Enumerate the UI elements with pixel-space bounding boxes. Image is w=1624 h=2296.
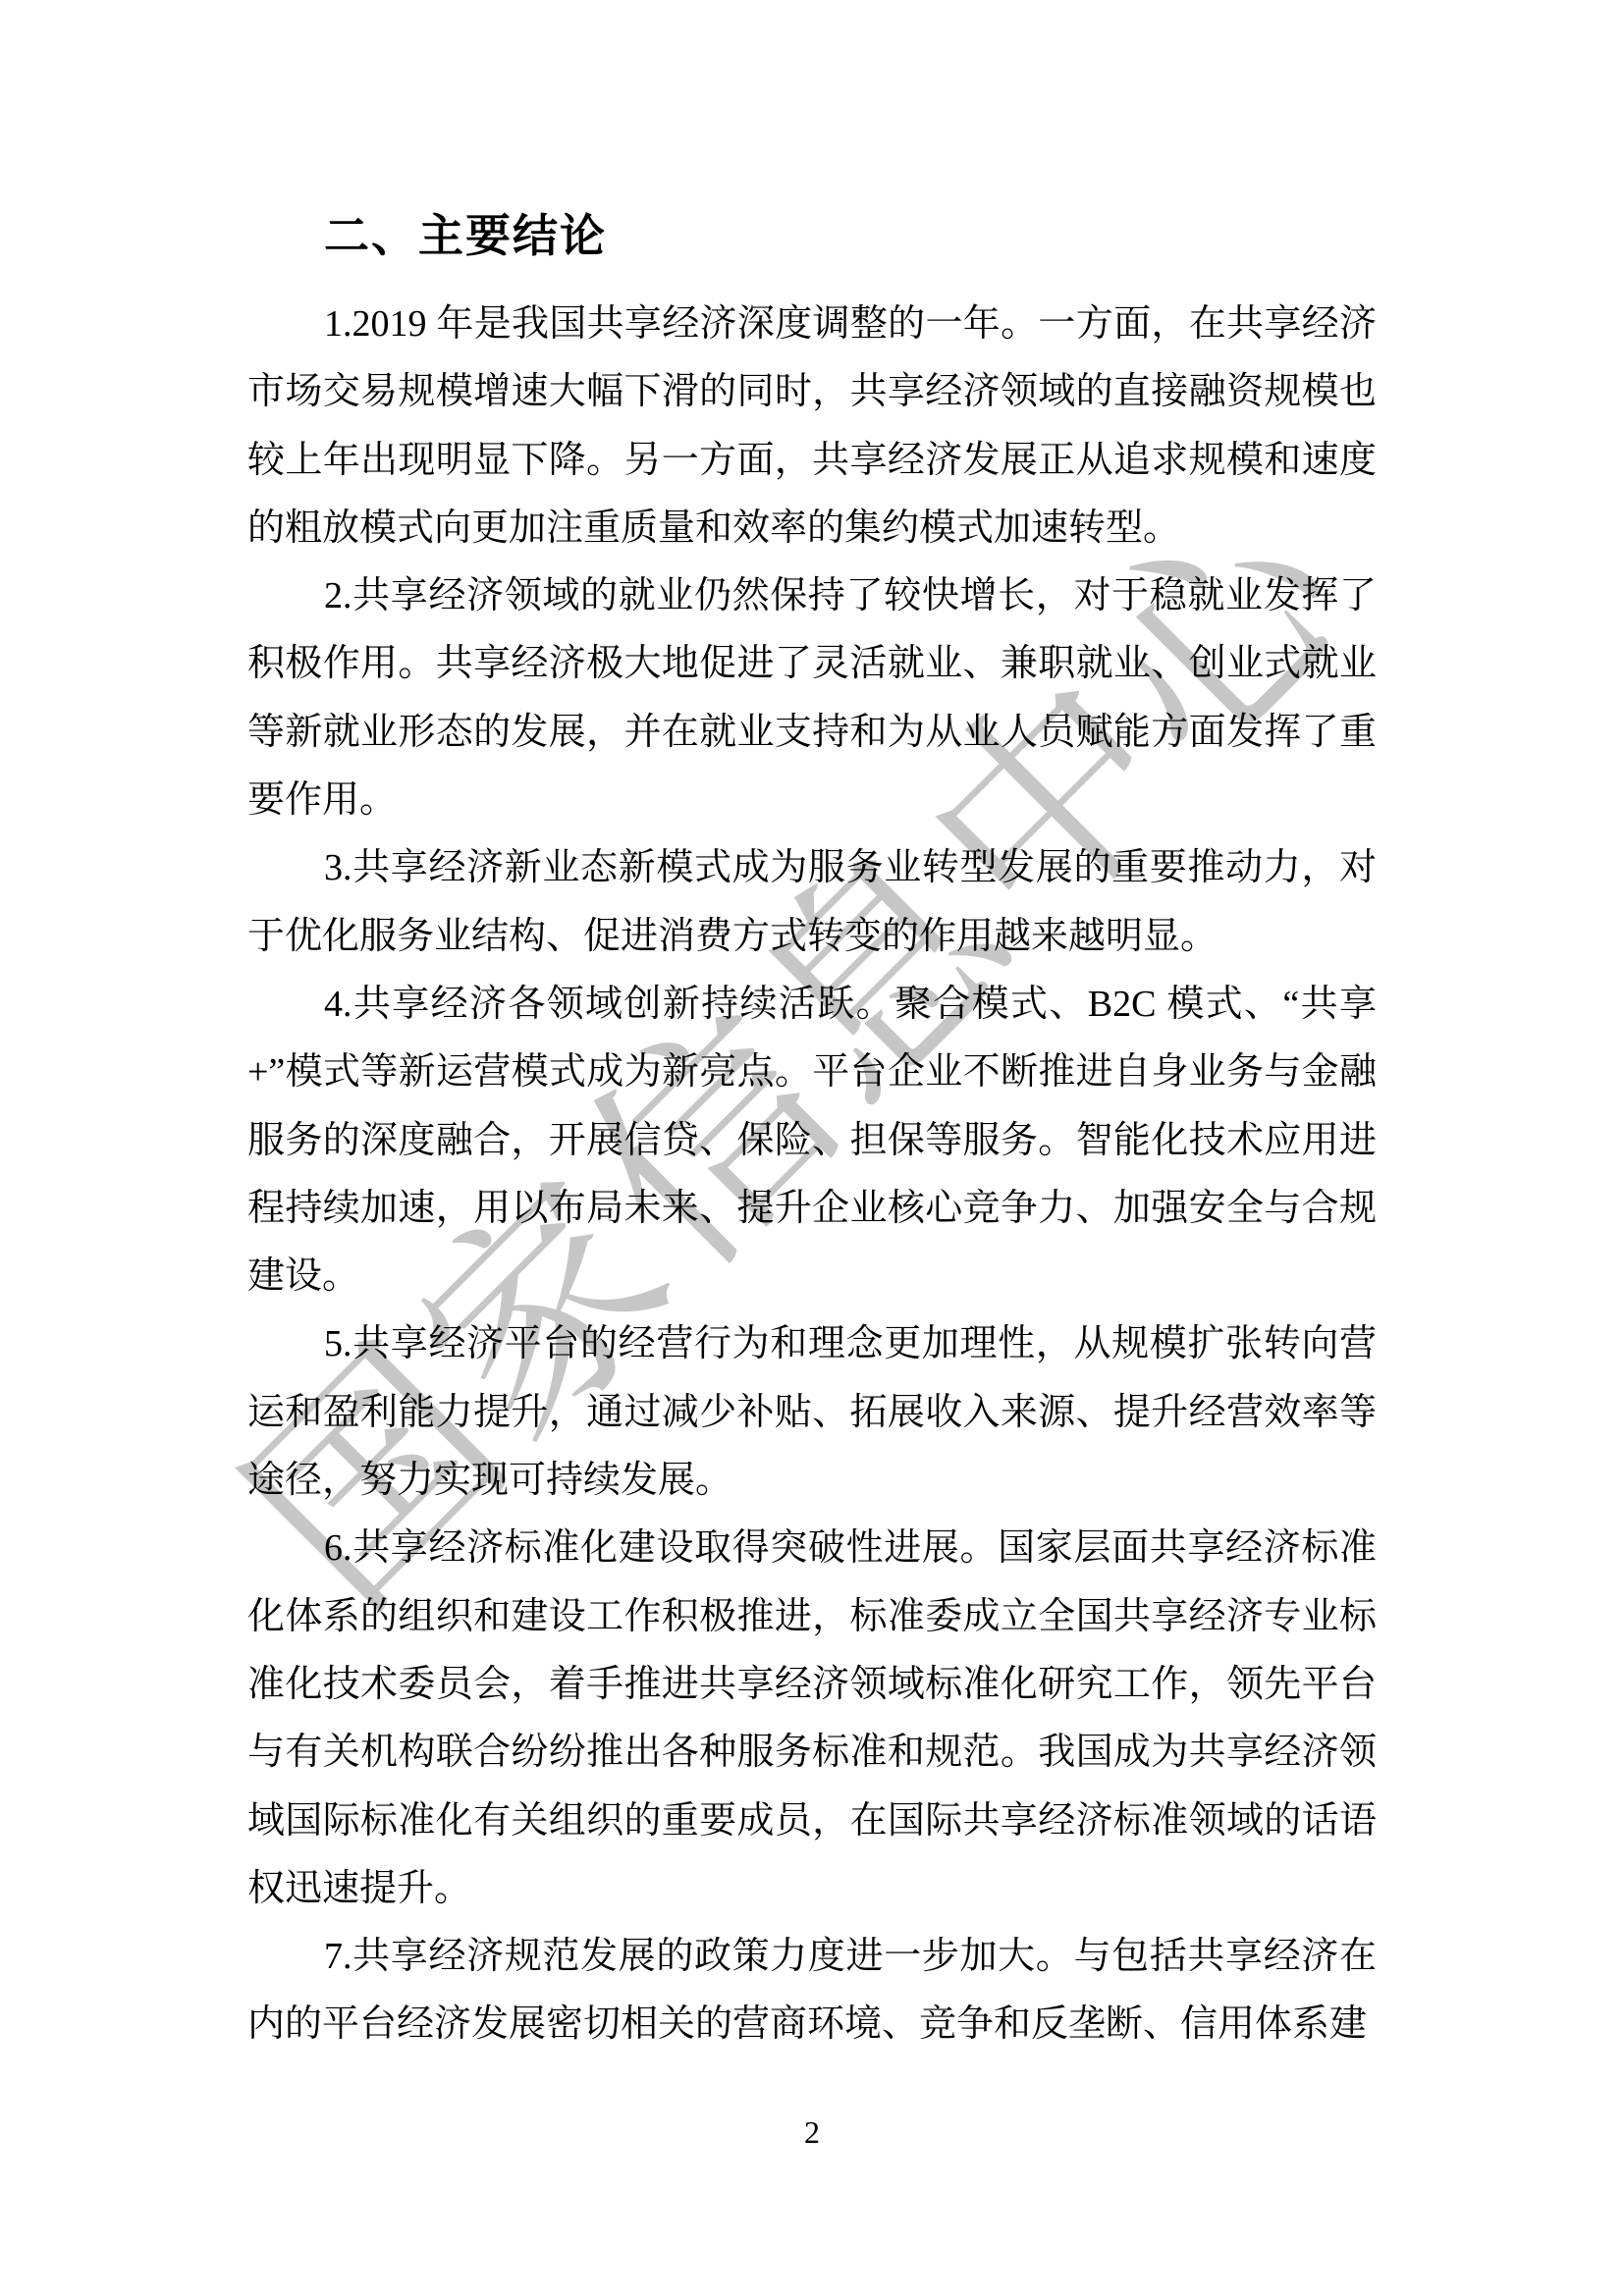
section-title: 二、主要结论: [324, 206, 1377, 265]
paragraph-1: 1.2019 年是我国共享经济深度调整的一年。一方面，在共享经济市场交易规模增速…: [247, 291, 1377, 562]
paragraph-7: 7.共享经济规范发展的政策力度进一步加大。与包括共享经济在内的平台经济发展密切相…: [247, 1923, 1377, 2059]
paragraph-6: 6.共享经济标准化建设取得突破性进展。国家层面共享经济标准化体系的组织和建设工作…: [247, 1515, 1377, 1923]
paragraph-5: 5.共享经济平台的经营行为和理念更加理性，从规模扩张转向营运和盈利能力提升，通过…: [247, 1310, 1377, 1515]
page-number: 2: [247, 2112, 1377, 2152]
document-page: 国家信息中心 二、主要结论 1.2019 年是我国共享经济深度调整的一年。一方面…: [0, 0, 1624, 2296]
paragraph-4: 4.共享经济各领域创新持续活跃。聚合模式、B2C 模式、“共享+”模式等新运营模…: [247, 971, 1377, 1310]
paragraph-3: 3.共享经济新业态新模式成为服务业转型发展的重要推动力，对于优化服务业结构、促进…: [247, 834, 1377, 971]
paragraph-2: 2.共享经济领域的就业仍然保持了较快增长，对于稳就业发挥了积极作用。共享经济极大…: [247, 562, 1377, 834]
document-content: 二、主要结论 1.2019 年是我国共享经济深度调整的一年。一方面，在共享经济市…: [247, 206, 1377, 2059]
